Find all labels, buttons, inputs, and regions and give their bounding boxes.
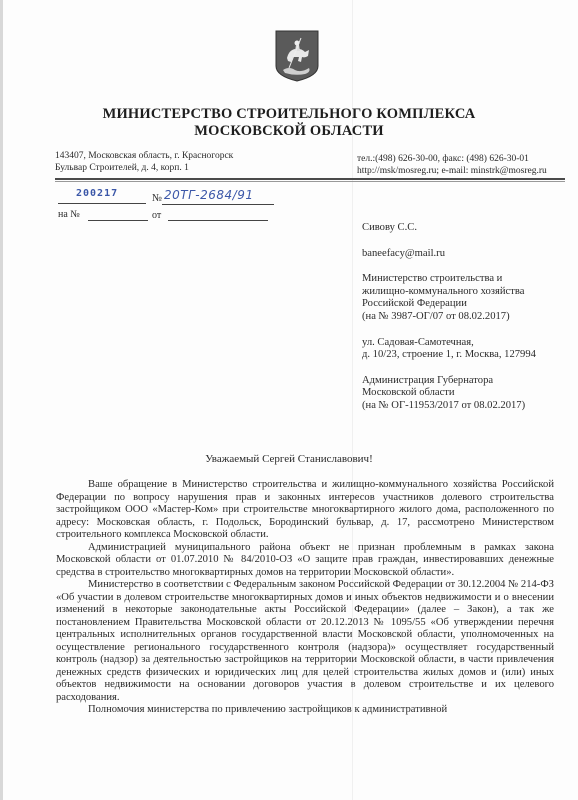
recipient-line: Администрация Губернатора: [362, 375, 536, 388]
address-line1: 143407, Московская область, г. Красногор…: [55, 151, 233, 163]
recipient-governor-administration: Администрация Губернатора Московской обл…: [362, 375, 536, 413]
recipient-line: Сивову С.С.: [362, 222, 536, 235]
recipient-line: жилищно-коммунального хозяйства: [362, 286, 536, 299]
outgoing-number: 20ТГ-2684/91: [164, 188, 253, 202]
from-underline: [168, 220, 268, 221]
contacts-phone-fax: тел.:(498) 626-30-00, факс: (498) 626-30…: [357, 154, 547, 166]
date-underline: [58, 203, 146, 204]
header-divider-thin: [55, 181, 565, 182]
recipient-line: (на № ОГ-11953/2017 от 08.02.2017): [362, 400, 536, 413]
recipients-block: Сивову С.С. baneefacy@mail.ru Министерст…: [362, 222, 536, 426]
recipient-line: (на № 3987-ОГ/07 от 08.02.2017): [362, 311, 536, 324]
salutation: Уважаемый Сергей Станиславович!: [0, 453, 578, 465]
body-paragraph: Администрацией муниципального района объ…: [56, 542, 554, 580]
reply-to-label: на №: [58, 209, 80, 220]
letter-page: МИНИСТЕРСТВО СТРОИТЕЛЬНОГО КОМПЛЕКСА МОС…: [0, 0, 578, 800]
recipient-line: д. 10/23, строение 1, г. Москва, 127994: [362, 349, 536, 362]
reply-to-underline: [88, 220, 148, 221]
body-paragraph: Ваше обращение в Министерство строительс…: [56, 479, 554, 542]
body-paragraph: Министерство в соответствии с Федеральны…: [56, 579, 554, 704]
ministry-title-line1: МИНИСТЕРСТВО СТРОИТЕЛЬНОГО КОМПЛЕКСА: [0, 106, 578, 123]
recipient-line: baneefacy@mail.ru: [362, 248, 536, 261]
recipient-line: Российской Федерации: [362, 298, 536, 311]
recipient-minstroy-rf: Министерство строительства и жилищно-ком…: [362, 273, 536, 323]
ministry-address: 143407, Московская область, г. Красногор…: [55, 151, 233, 174]
number-label: №: [152, 193, 162, 204]
ministry-title-line2: МОСКОВСКОЙ ОБЛАСТИ: [0, 123, 578, 140]
recipient-line: ул. Садовая-Самотечная,: [362, 337, 536, 350]
recipient-minstroy-address: ул. Садовая-Самотечная, д. 10/23, строен…: [362, 337, 536, 362]
coat-of-arms-icon: [275, 30, 319, 82]
from-label: от: [152, 210, 161, 221]
recipient-line: Московской области: [362, 387, 536, 400]
number-underline: [162, 204, 274, 205]
recipient-line: Министерство строительства и: [362, 273, 536, 286]
recipient-email: baneefacy@mail.ru: [362, 248, 536, 261]
ministry-contacts: тел.:(498) 626-30-00, факс: (498) 626-30…: [357, 154, 547, 177]
header-divider: [55, 178, 565, 180]
stamp-date: 200217: [76, 188, 118, 199]
body-paragraph: Полномочия министерства по привлечению з…: [56, 704, 554, 717]
recipient-name: Сивову С.С.: [362, 222, 536, 235]
address-line2: Бульвар Строителей, д. 4, корп. 1: [55, 163, 233, 175]
letter-body: Ваше обращение в Министерство строительс…: [56, 479, 554, 717]
ministry-title: МИНИСТЕРСТВО СТРОИТЕЛЬНОГО КОМПЛЕКСА МОС…: [0, 106, 578, 140]
contacts-web-email: http://msk/mosreg.ru; e-mail: minstrk@mo…: [357, 166, 547, 178]
registration-block: 200217 № 20ТГ-2684/91 на № от: [58, 188, 298, 228]
